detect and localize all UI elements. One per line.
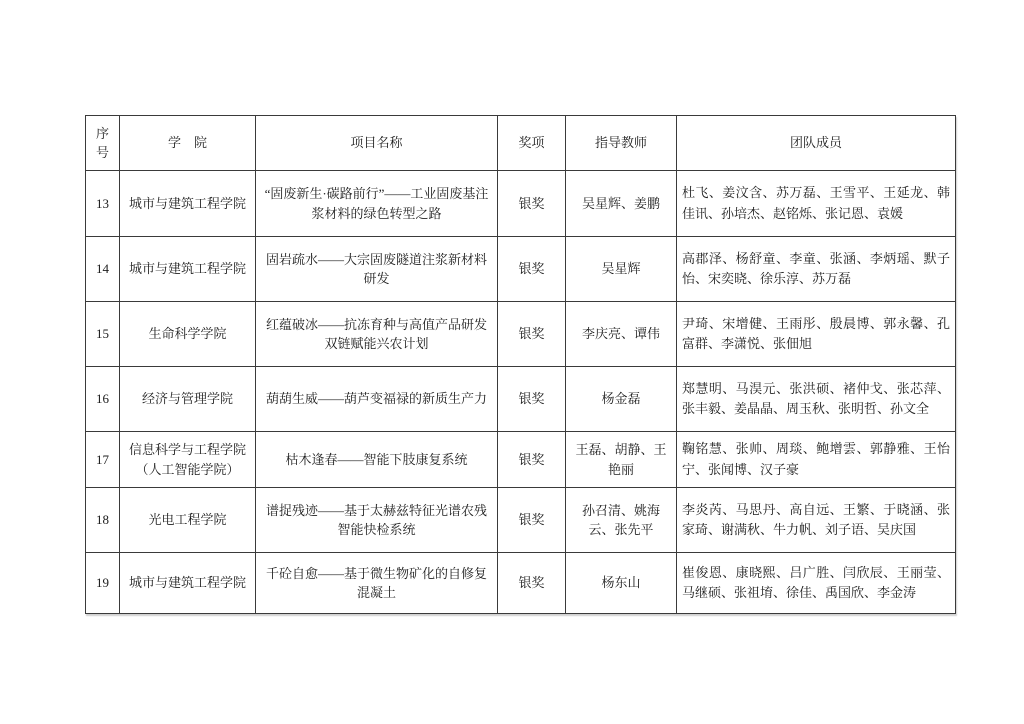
cell-project: 葫葫生威——葫芦变福禄的新质生产力: [256, 367, 498, 432]
header-cell-project: 项目名称: [256, 116, 498, 171]
cell-college: 信息科学与工程学院（人工智能学院）: [120, 432, 256, 488]
header-cell-award: 奖项: [498, 116, 566, 171]
cell-advisor: 吴星辉、姜鹏: [566, 171, 677, 237]
table-row: 15 生命科学学院 红蕴破冰——抗冻育种与高值产品研发双链赋能兴农计划 银奖 李…: [86, 302, 956, 367]
cell-advisor: 孙召清、姚海云、张先平: [566, 488, 677, 553]
cell-award: 银奖: [498, 367, 566, 432]
table-row: 17 信息科学与工程学院（人工智能学院） 枯木逢春——智能下肢康复系统 银奖 王…: [86, 432, 956, 488]
cell-members: 李炎芮、马思丹、高自远、王繁、于晓涵、张家琦、谢满秋、牛力帆、刘子语、吴庆国: [677, 488, 956, 553]
cell-project: “固废新生·碳路前行”——工业固废基注浆材料的绿色转型之路: [256, 171, 498, 237]
table-row: 16 经济与管理学院 葫葫生威——葫芦变福禄的新质生产力 银奖 杨金磊 郑慧明、…: [86, 367, 956, 432]
header-cell-no: 序号: [86, 116, 120, 171]
table-header-row: 序号 学 院 项目名称 奖项 指导教师 团队成员: [86, 116, 956, 171]
cell-award: 银奖: [498, 171, 566, 237]
cell-project: 固岩疏水——大宗固废隧道注浆新材料研发: [256, 237, 498, 302]
cell-no: 19: [86, 553, 120, 614]
cell-award: 银奖: [498, 302, 566, 367]
table-row: 19 城市与建筑工程学院 千砼自愈——基于微生物矿化的自修复混凝土 银奖 杨东山…: [86, 553, 956, 614]
cell-no: 14: [86, 237, 120, 302]
document-page: 序号 学 院 项目名称 奖项 指导教师 团队成员 13 城市与建筑工程学院 “固…: [0, 0, 1024, 724]
cell-college: 生命科学学院: [120, 302, 256, 367]
cell-project: 红蕴破冰——抗冻育种与高值产品研发双链赋能兴农计划: [256, 302, 498, 367]
cell-members: 尹琦、宋增健、王雨彤、殷晨博、郭永馨、孔富群、李潇悦、张佃旭: [677, 302, 956, 367]
cell-advisor: 杨金磊: [566, 367, 677, 432]
cell-advisor: 杨东山: [566, 553, 677, 614]
cell-award: 银奖: [498, 237, 566, 302]
cell-college: 经济与管理学院: [120, 367, 256, 432]
cell-no: 16: [86, 367, 120, 432]
cell-no: 17: [86, 432, 120, 488]
cell-award: 银奖: [498, 553, 566, 614]
cell-project: 谱捉残迹——基于太赫兹特征光谱农残智能快检系统: [256, 488, 498, 553]
header-cell-advisor: 指导教师: [566, 116, 677, 171]
cell-award: 银奖: [498, 432, 566, 488]
cell-project: 千砼自愈——基于微生物矿化的自修复混凝土: [256, 553, 498, 614]
cell-members: 郑慧明、马淏元、张洪硕、褚仲戈、张芯萍、张丰毅、姜晶晶、周玉秋、张明哲、孙文全: [677, 367, 956, 432]
award-table: 序号 学 院 项目名称 奖项 指导教师 团队成员 13 城市与建筑工程学院 “固…: [85, 115, 956, 614]
cell-members: 鞠铭慧、张帅、周琰、鲍增雲、郭静雅、王怡宁、张闻博、汉子豪: [677, 432, 956, 488]
cell-college: 城市与建筑工程学院: [120, 553, 256, 614]
header-cell-college: 学 院: [120, 116, 256, 171]
cell-college: 城市与建筑工程学院: [120, 171, 256, 237]
cell-project: 枯木逢春——智能下肢康复系统: [256, 432, 498, 488]
cell-no: 18: [86, 488, 120, 553]
cell-members: 崔俊恩、康晓熙、吕广胜、闫欣辰、王丽莹、马继硕、张祖堉、徐佳、禹国欣、李金涛: [677, 553, 956, 614]
cell-members: 杜飞、姜汶含、苏万磊、王雪平、王延龙、韩佳讯、孙培杰、赵铭烁、张记恩、袁媛: [677, 171, 956, 237]
cell-college: 光电工程学院: [120, 488, 256, 553]
cell-advisor: 吴星辉: [566, 237, 677, 302]
cell-no: 15: [86, 302, 120, 367]
table-row: 14 城市与建筑工程学院 固岩疏水——大宗固废隧道注浆新材料研发 银奖 吴星辉 …: [86, 237, 956, 302]
cell-no: 13: [86, 171, 120, 237]
cell-advisor: 王磊、胡静、王艳丽: [566, 432, 677, 488]
cell-advisor: 李庆亮、谭伟: [566, 302, 677, 367]
header-cell-members: 团队成员: [677, 116, 956, 171]
cell-college: 城市与建筑工程学院: [120, 237, 256, 302]
cell-members: 高郡泽、杨舒童、李童、张涵、李炳瑶、默子怡、宋奕晓、徐乐淳、苏万磊: [677, 237, 956, 302]
table-row: 18 光电工程学院 谱捉残迹——基于太赫兹特征光谱农残智能快检系统 银奖 孙召清…: [86, 488, 956, 553]
table-row: 13 城市与建筑工程学院 “固废新生·碳路前行”——工业固废基注浆材料的绿色转型…: [86, 171, 956, 237]
cell-award: 银奖: [498, 488, 566, 553]
